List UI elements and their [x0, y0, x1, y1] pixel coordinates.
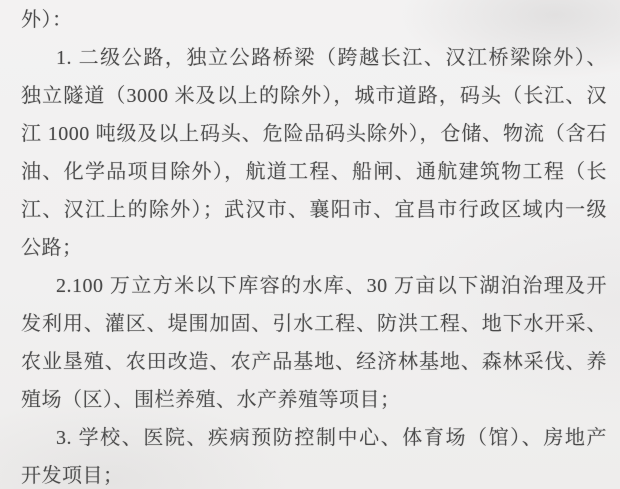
document-line: 农业垦殖、农田改造、农产品基地、经济林基地、森林采伐、养: [21, 343, 607, 381]
document-line: 殖场（区）、围栏养殖、水产养殖等项目；: [21, 381, 607, 419]
document-line: 3. 学校、医院、疾病预防控制中心、体育场（馆）、房地产: [21, 419, 607, 457]
document-line: 外）：: [21, 1, 607, 39]
document-line: 1. 二级公路，独立公路桥梁（跨越长江、汉江桥梁除外）、: [21, 39, 607, 77]
document-line: 开发项目；: [21, 457, 607, 489]
document-text-block: 外）： 1. 二级公路，独立公路桥梁（跨越长江、汉江桥梁除外）、 独立隧道（30…: [21, 1, 607, 489]
document-line: 江、汉江上的除外）；武汉市、襄阳市、宜昌市行政区域内一级: [21, 191, 607, 229]
document-page: 外）： 1. 二级公路，独立公路桥梁（跨越长江、汉江桥梁除外）、 独立隧道（30…: [0, 0, 620, 489]
document-line: 发利用、灌区、堤围加固、引水工程、防洪工程、地下水开采、: [21, 305, 607, 343]
document-line: 油、化学品项目除外），航道工程、船闸、通航建筑物工程（长: [21, 153, 607, 191]
document-line: 2.100 万立方米以下库容的水库、30 万亩以下湖泊治理及开: [21, 267, 607, 305]
scanned-document-page: { "colors": { "page_background": "#f1f0f…: [0, 0, 620, 489]
document-line: 江 1000 吨级及以上码头、危险品码头除外），仓储、物流（含石: [21, 115, 607, 153]
document-line: 公路；: [21, 229, 607, 267]
document-line: 独立隧道（3000 米及以上的除外），城市道路，码头（长江、汉: [21, 77, 607, 115]
